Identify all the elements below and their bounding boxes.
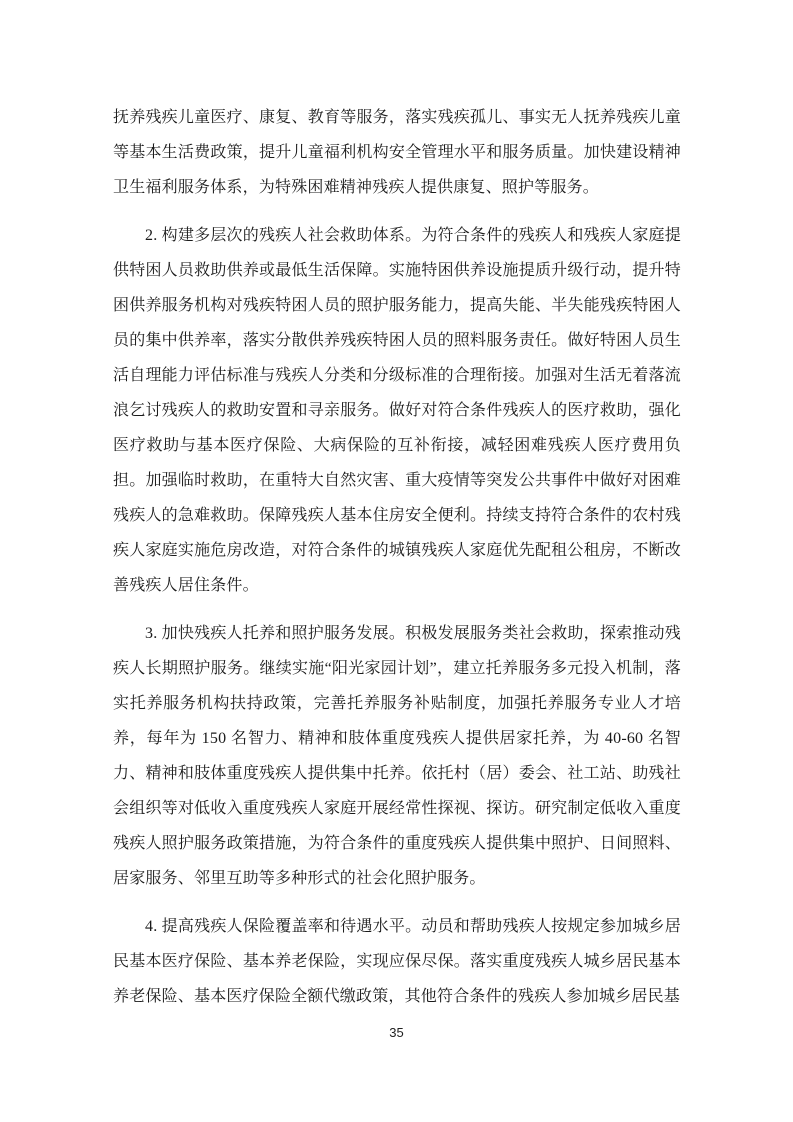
document-body: 抚养残疾儿童医疗、康复、教育等服务，落实残疾孤儿、事实无人抚养残疾儿童等基本生活… <box>113 100 681 1027</box>
page-number: 35 <box>0 1025 793 1040</box>
paragraph-item-3: 3. 加快残疾人托养和照护服务发展。积极发展服务类社会救助，探索推动残疾人长期照… <box>113 616 681 896</box>
paragraph-continuation: 抚养残疾儿童医疗、康复、教育等服务，落实残疾孤儿、事实无人抚养残疾儿童等基本生活… <box>113 100 681 205</box>
paragraph-item-2: 2. 构建多层次的残疾人社会救助体系。为符合条件的残疾人和残疾人家庭提供特困人员… <box>113 218 681 603</box>
document-page: 抚养残疾儿童医疗、康复、教育等服务，落实残疾孤儿、事实无人抚养残疾儿童等基本生活… <box>0 0 793 1122</box>
paragraph-item-4: 4. 提高残疾人保险覆盖率和待遇水平。动员和帮助残疾人按规定参加城乡居民基本医疗… <box>113 909 681 1014</box>
